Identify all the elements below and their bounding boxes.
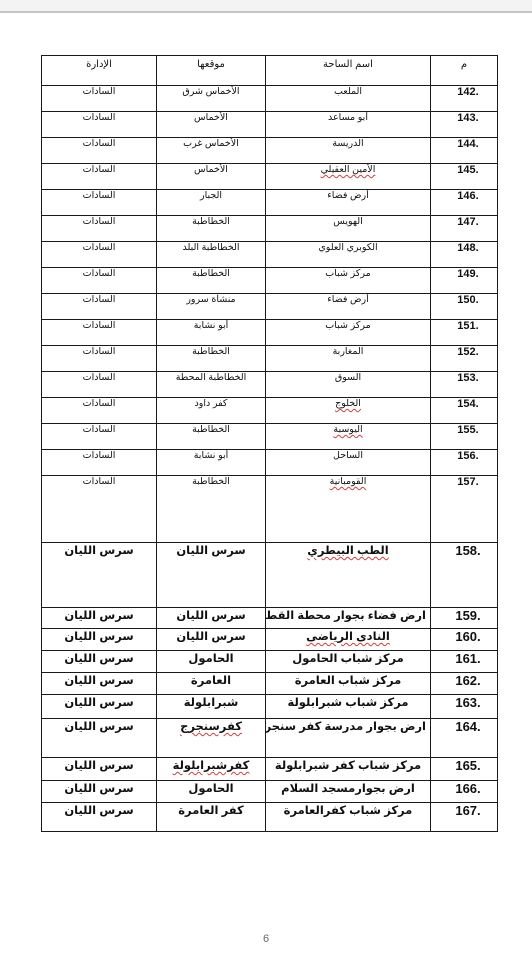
row-num: 162. (431, 673, 498, 695)
row-admin: السادات (42, 216, 157, 242)
row-admin: السادات (42, 138, 157, 164)
row-num: 160. (431, 629, 498, 651)
header-name: اسم الساحة (266, 56, 431, 86)
row-location: أبو نشابة (157, 450, 266, 476)
table-row: 160. النادى الرياضى سرس الليان سرس الليا… (42, 629, 498, 651)
spellcheck-word: النادى الرياضى (306, 631, 390, 643)
table-row: 161. مركز شباب الحامول الحامول سرس الليا… (42, 651, 498, 673)
row-num: 161. (431, 651, 498, 673)
row-name: الأمين العقيلي (266, 164, 431, 190)
row-admin: السادات (42, 346, 157, 372)
spellcheck-word: كفرسنجرج (180, 721, 242, 733)
row-location: الأخماس (157, 164, 266, 190)
row-location: سرس الليان (157, 543, 266, 608)
table-row: 146. أرض فضاء الجبار السادات (42, 190, 498, 216)
row-location: الخطاطبة (157, 268, 266, 294)
header-location: موقعها (157, 56, 266, 86)
spellcheck-word: القومبانية (330, 476, 367, 487)
row-name: النادى الرياضى (266, 629, 431, 651)
row-name: الساحل (266, 450, 431, 476)
row-num: 153. (431, 372, 498, 398)
row-admin: السادات (42, 320, 157, 346)
row-location: كفرسنجرج (157, 719, 266, 758)
row-name: القومبانية (266, 476, 431, 543)
row-location: الخطاطبة (157, 476, 266, 543)
row-admin: السادات (42, 86, 157, 112)
row-num: 147. (431, 216, 498, 242)
row-name: الخلوج (266, 398, 431, 424)
row-admin: سرس الليان (42, 758, 157, 781)
table-row: 167. مركز شباب كفرالعامرة كفر العامرة سر… (42, 803, 498, 832)
fields-table: م اسم الساحة موقعها الإدارة 142. الملعب … (41, 55, 498, 832)
table-row: 152. المغاربة الخطاطبة السادات (42, 346, 498, 372)
row-location: الأخماس (157, 112, 266, 138)
row-name: الكوبري العلوي (266, 242, 431, 268)
row-admin: سرس الليان (42, 629, 157, 651)
table-row: 143. أبو مساعد الأخماس السادات (42, 112, 498, 138)
row-name: المغاربة (266, 346, 431, 372)
row-num: 165. (431, 758, 498, 781)
table-row: 147. الهويس الخطاطبة السادات (42, 216, 498, 242)
row-admin: سرس الليان (42, 719, 157, 758)
table-row: 156. الساحل أبو نشابة السادات (42, 450, 498, 476)
table-row: 159. ارض فضاء بجوار محطة القطار سرس اللي… (42, 608, 498, 629)
row-admin: سرس الليان (42, 543, 157, 608)
row-location: الخطاطبة (157, 346, 266, 372)
row-location: كفرشبرابلولة (157, 758, 266, 781)
spellcheck-word: كفرشبرابلولة (173, 760, 250, 772)
table-row: 151. مركز شباب أبو نشابة السادات (42, 320, 498, 346)
row-location: شبرابلولة (157, 695, 266, 719)
table-row: 145. الأمين العقيلي الأخماس السادات (42, 164, 498, 190)
row-num: 151. (431, 320, 498, 346)
row-location: كفر داود (157, 398, 266, 424)
table-row: 154. الخلوج كفر داود السادات (42, 398, 498, 424)
spellcheck-word: الخلوج (335, 398, 361, 409)
page-number: 6 (0, 933, 532, 945)
row-name: الهويس (266, 216, 431, 242)
row-admin: سرس الليان (42, 781, 157, 803)
row-name: أرض فضاء (266, 190, 431, 216)
table-row: 144. الدريسة الأخماس غرب السادات (42, 138, 498, 164)
row-num: 144. (431, 138, 498, 164)
row-name: مركز شباب العامرة (266, 673, 431, 695)
row-admin: السادات (42, 476, 157, 543)
row-location: سرس الليان (157, 629, 266, 651)
row-location: الخطاطبة المحطة (157, 372, 266, 398)
row-num: 149. (431, 268, 498, 294)
row-admin: السادات (42, 164, 157, 190)
row-name: مركز شباب كفرالعامرة (266, 803, 431, 832)
row-location: أبو نشابة (157, 320, 266, 346)
row-name: السوق (266, 372, 431, 398)
row-num: 150. (431, 294, 498, 320)
row-admin: السادات (42, 398, 157, 424)
row-name: ارض بجوارمسجد السلام (266, 781, 431, 803)
row-admin: سرس الليان (42, 673, 157, 695)
row-num: 167. (431, 803, 498, 832)
row-name: الدريسة (266, 138, 431, 164)
table-row: 164. ارض بجوار مدرسة كفر سنجرج الابتدائي… (42, 719, 498, 758)
row-admin: السادات (42, 112, 157, 138)
table-row: 163. مركز شباب شبرابلولة شبرابلولة سرس ا… (42, 695, 498, 719)
row-admin: سرس الليان (42, 651, 157, 673)
row-admin: السادات (42, 268, 157, 294)
row-name: أرض فضاء (266, 294, 431, 320)
spellcheck-word: الطب البيطري (307, 545, 388, 557)
table-row: 162. مركز شباب العامرة العامرة سرس الليا… (42, 673, 498, 695)
table-row: 150. أرض فضاء منشأة سرور السادات (42, 294, 498, 320)
table-row: 165. مركز شباب كفر شبرابلولة كفرشبرابلول… (42, 758, 498, 781)
row-name: ارض بجوار مدرسة كفر سنجرج الابتدائية (266, 719, 431, 758)
spellcheck-word: اليوسبة (333, 424, 362, 435)
row-name: الطب البيطري (266, 543, 431, 608)
row-name: مركز شباب (266, 268, 431, 294)
table-row: 153. السوق الخطاطبة المحطة السادات (42, 372, 498, 398)
table-row: 157. القومبانية الخطاطبة السادات (42, 476, 498, 543)
row-admin: السادات (42, 190, 157, 216)
viewer-top-bar (0, 0, 532, 13)
table-row: 158. الطب البيطري سرس الليان سرس الليان (42, 543, 498, 608)
row-admin: السادات (42, 424, 157, 450)
row-admin: السادات (42, 242, 157, 268)
header-admin: الإدارة (42, 56, 157, 86)
header-num: م (431, 56, 498, 86)
row-location: الحامول (157, 781, 266, 803)
row-num: 164. (431, 719, 498, 758)
row-location: الأخماس غرب (157, 138, 266, 164)
row-name: مركز شباب (266, 320, 431, 346)
table-row: 155. اليوسبة الخطاطبة السادات (42, 424, 498, 450)
row-num: 154. (431, 398, 498, 424)
table-header-row: م اسم الساحة موقعها الإدارة (42, 56, 498, 86)
table-row: 166. ارض بجوارمسجد السلام الحامول سرس ال… (42, 781, 498, 803)
row-location: سرس الليان (157, 608, 266, 629)
row-num: 143. (431, 112, 498, 138)
row-name: مركز شباب شبرابلولة (266, 695, 431, 719)
row-admin: السادات (42, 450, 157, 476)
row-name: ارض فضاء بجوار محطة القطار (266, 608, 431, 629)
row-location: الحامول (157, 651, 266, 673)
row-num: 158. (431, 543, 498, 608)
row-admin: السادات (42, 294, 157, 320)
row-num: 146. (431, 190, 498, 216)
row-name: أبو مساعد (266, 112, 431, 138)
table-row: 149. مركز شباب الخطاطبة السادات (42, 268, 498, 294)
row-location: الخطاطبة (157, 216, 266, 242)
row-location: الجبار (157, 190, 266, 216)
row-name: مركز شباب الحامول (266, 651, 431, 673)
row-location: الخطاطبة البلد (157, 242, 266, 268)
row-location: منشأة سرور (157, 294, 266, 320)
row-location: الخطاطبة (157, 424, 266, 450)
row-num: 166. (431, 781, 498, 803)
row-name: اليوسبة (266, 424, 431, 450)
row-num: 163. (431, 695, 498, 719)
row-location: الأخماس شرق (157, 86, 266, 112)
row-num: 142. (431, 86, 498, 112)
spellcheck-word: الأمين العقيلي (321, 164, 376, 175)
row-admin: سرس الليان (42, 608, 157, 629)
row-num: 157. (431, 476, 498, 543)
row-admin: السادات (42, 372, 157, 398)
row-admin: سرس الليان (42, 803, 157, 832)
row-num: 152. (431, 346, 498, 372)
row-num: 156. (431, 450, 498, 476)
row-location: العامرة (157, 673, 266, 695)
table-row: 148. الكوبري العلوي الخطاطبة البلد الساد… (42, 242, 498, 268)
row-num: 148. (431, 242, 498, 268)
row-name: مركز شباب كفر شبرابلولة (266, 758, 431, 781)
row-name: الملعب (266, 86, 431, 112)
row-location: كفر العامرة (157, 803, 266, 832)
row-admin: سرس الليان (42, 695, 157, 719)
row-num: 159. (431, 608, 498, 629)
row-num: 155. (431, 424, 498, 450)
table-row: 142. الملعب الأخماس شرق السادات (42, 86, 498, 112)
row-num: 145. (431, 164, 498, 190)
